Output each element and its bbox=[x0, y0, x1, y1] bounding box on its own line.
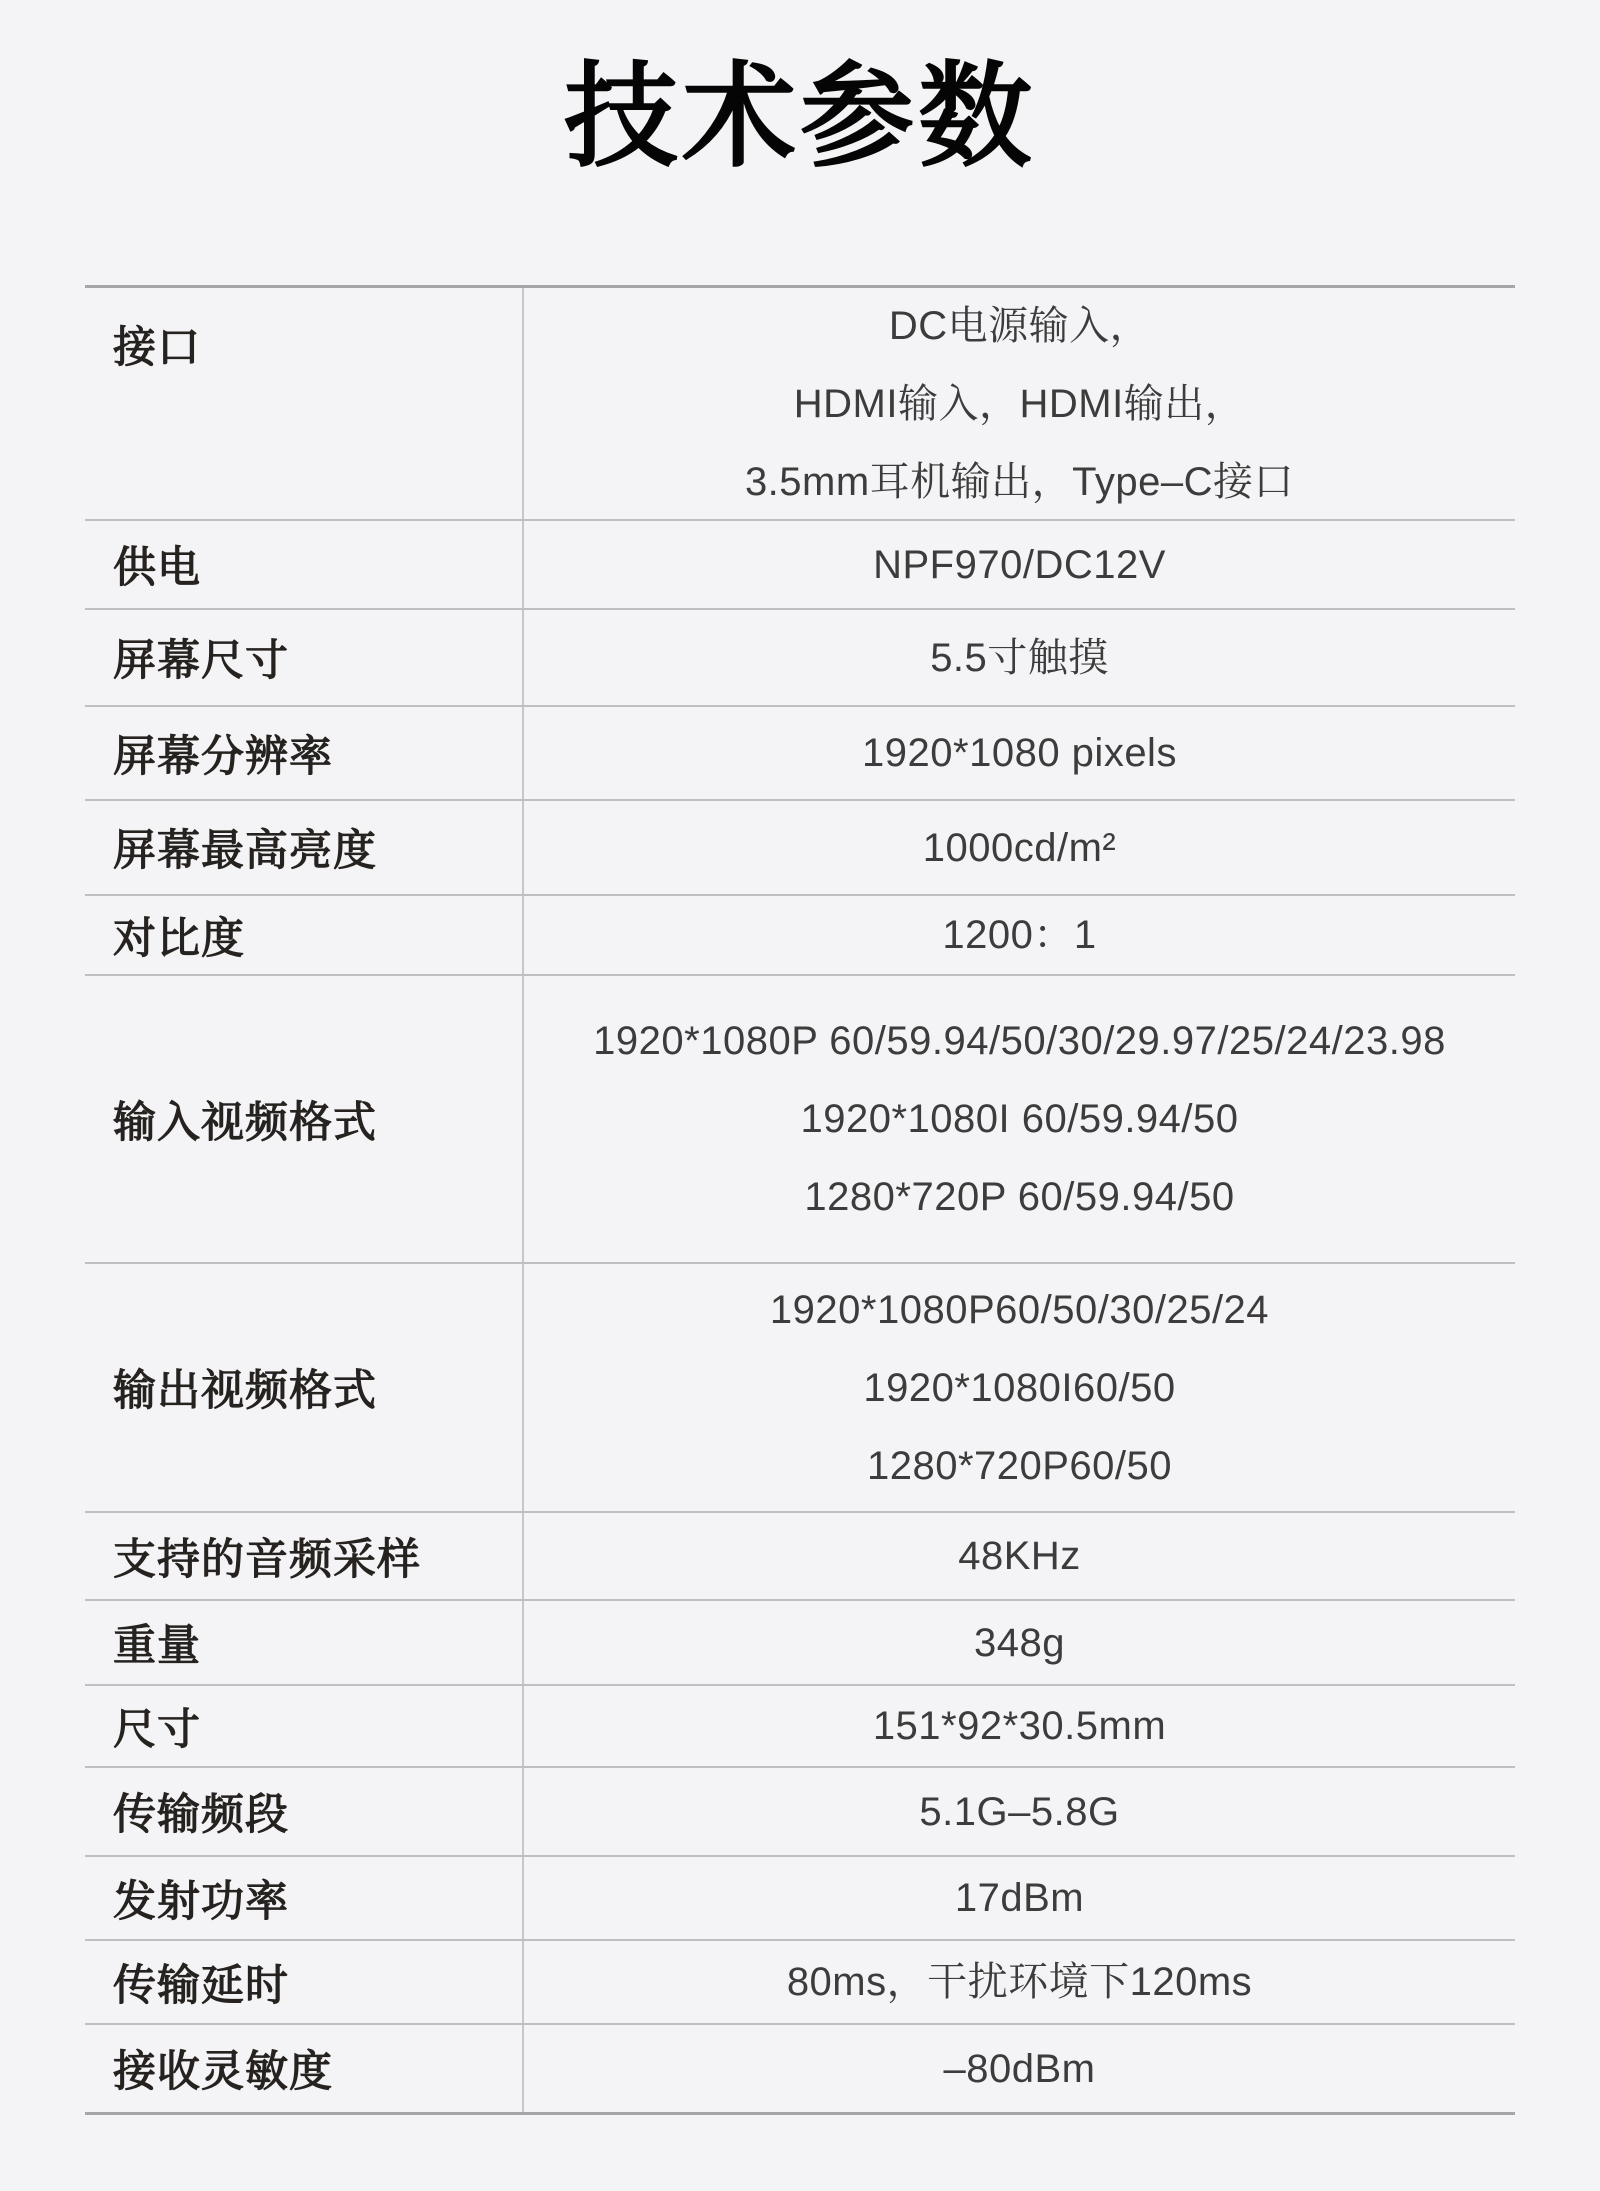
spec-value-line: 348g bbox=[974, 1604, 1065, 1682]
spec-value-line: 3.5mm耳机输出，Type–C接口 bbox=[745, 443, 1294, 521]
spec-value-line: 1280*720P60/50 bbox=[867, 1427, 1172, 1505]
spec-row-input-video-format: 输入视频格式 1920*1080P 60/59.94/50/30/29.97/2… bbox=[85, 976, 1515, 1264]
spec-value-line: 1920*1080I60/50 bbox=[863, 1349, 1175, 1427]
spec-label: 重量 bbox=[85, 1601, 524, 1684]
spec-value-line: 1280*720P 60/59.94/50 bbox=[804, 1158, 1234, 1236]
spec-value: 80ms，干扰环境下120ms bbox=[524, 1941, 1515, 2023]
spec-value-line: –80dBm bbox=[944, 2030, 1096, 2108]
spec-sheet-page: 技术参数 接口 DC电源输入， HDMI输入，HDMI输出， 3.5mm耳机输出… bbox=[0, 0, 1600, 2191]
spec-table: 接口 DC电源输入， HDMI输入，HDMI输出， 3.5mm耳机输出，Type… bbox=[85, 285, 1515, 2115]
spec-value: 1920*1080P 60/59.94/50/30/29.97/25/24/23… bbox=[524, 976, 1515, 1262]
spec-value: NPF970/DC12V bbox=[524, 521, 1515, 608]
spec-value: 48KHz bbox=[524, 1513, 1515, 1599]
spec-label: 屏幕分辨率 bbox=[85, 707, 524, 799]
spec-value-line: 1200：1 bbox=[942, 896, 1096, 974]
spec-value: DC电源输入， HDMI输入，HDMI输出， 3.5mm耳机输出，Type–C接… bbox=[524, 288, 1515, 519]
spec-row-ports: 接口 DC电源输入， HDMI输入，HDMI输出， 3.5mm耳机输出，Type… bbox=[85, 288, 1515, 521]
spec-value-line: 1000cd/m² bbox=[923, 809, 1116, 887]
spec-value: 348g bbox=[524, 1601, 1515, 1684]
spec-label: 发射功率 bbox=[85, 1857, 524, 1939]
spec-label: 输入视频格式 bbox=[85, 976, 524, 1262]
spec-value: 1920*1080 pixels bbox=[524, 707, 1515, 799]
spec-row-weight: 重量 348g bbox=[85, 1601, 1515, 1686]
spec-label: 尺寸 bbox=[85, 1686, 524, 1766]
spec-value-line: 1920*1080P60/50/30/25/24 bbox=[770, 1271, 1269, 1349]
spec-label: 对比度 bbox=[85, 896, 524, 974]
spec-row-receiver-sensitivity: 接收灵敏度 –80dBm bbox=[85, 2025, 1515, 2112]
spec-value-line: HDMI输入，HDMI输出， bbox=[794, 365, 1245, 443]
spec-value: 1200：1 bbox=[524, 896, 1515, 974]
spec-row-transmit-power: 发射功率 17dBm bbox=[85, 1857, 1515, 1941]
spec-value: 17dBm bbox=[524, 1857, 1515, 1939]
spec-row-dimensions: 尺寸 151*92*30.5mm bbox=[85, 1686, 1515, 1768]
spec-row-transmission-band: 传输频段 5.1G–5.8G bbox=[85, 1768, 1515, 1857]
spec-value-line: DC电源输入， bbox=[889, 287, 1150, 365]
page-title: 技术参数 bbox=[0, 52, 1600, 183]
spec-value-line: 151*92*30.5mm bbox=[873, 1687, 1166, 1765]
spec-label: 传输频段 bbox=[85, 1768, 524, 1855]
spec-label: 支持的音频采样 bbox=[85, 1513, 524, 1599]
spec-value: –80dBm bbox=[524, 2025, 1515, 2112]
spec-row-transmission-latency: 传输延时 80ms，干扰环境下120ms bbox=[85, 1941, 1515, 2025]
spec-value-line: 1920*1080I 60/59.94/50 bbox=[800, 1080, 1238, 1158]
spec-value-line: 1920*1080P 60/59.94/50/30/29.97/25/24/23… bbox=[593, 1002, 1446, 1080]
spec-value: 1000cd/m² bbox=[524, 801, 1515, 894]
spec-label: 屏幕最高亮度 bbox=[85, 801, 524, 894]
spec-label: 供电 bbox=[85, 521, 524, 608]
spec-value: 151*92*30.5mm bbox=[524, 1686, 1515, 1766]
spec-value-line: 1920*1080 pixels bbox=[862, 714, 1177, 792]
spec-label: 传输延时 bbox=[85, 1941, 524, 2023]
spec-row-screen-resolution: 屏幕分辨率 1920*1080 pixels bbox=[85, 707, 1515, 801]
spec-value-line: 5.5寸触摸 bbox=[930, 619, 1109, 697]
spec-value: 1920*1080P60/50/30/25/24 1920*1080I60/50… bbox=[524, 1264, 1515, 1511]
spec-row-contrast-ratio: 对比度 1200：1 bbox=[85, 896, 1515, 976]
spec-row-output-video-format: 输出视频格式 1920*1080P60/50/30/25/24 1920*108… bbox=[85, 1264, 1515, 1513]
spec-value: 5.1G–5.8G bbox=[524, 1768, 1515, 1855]
spec-label: 屏幕尺寸 bbox=[85, 610, 524, 705]
spec-row-max-brightness: 屏幕最高亮度 1000cd/m² bbox=[85, 801, 1515, 896]
spec-value-line: 17dBm bbox=[955, 1859, 1084, 1937]
spec-row-power-supply: 供电 NPF970/DC12V bbox=[85, 521, 1515, 610]
spec-row-audio-sampling: 支持的音频采样 48KHz bbox=[85, 1513, 1515, 1601]
spec-value-line: 80ms，干扰环境下120ms bbox=[787, 1943, 1252, 2021]
spec-value: 5.5寸触摸 bbox=[524, 610, 1515, 705]
spec-row-screen-size: 屏幕尺寸 5.5寸触摸 bbox=[85, 610, 1515, 707]
spec-value-line: 5.1G–5.8G bbox=[919, 1773, 1119, 1851]
spec-value-line: 48KHz bbox=[958, 1517, 1081, 1595]
spec-label: 输出视频格式 bbox=[85, 1264, 524, 1511]
spec-label: 接收灵敏度 bbox=[85, 2025, 524, 2112]
spec-label: 接口 bbox=[85, 288, 524, 519]
spec-value-line: NPF970/DC12V bbox=[873, 526, 1166, 604]
